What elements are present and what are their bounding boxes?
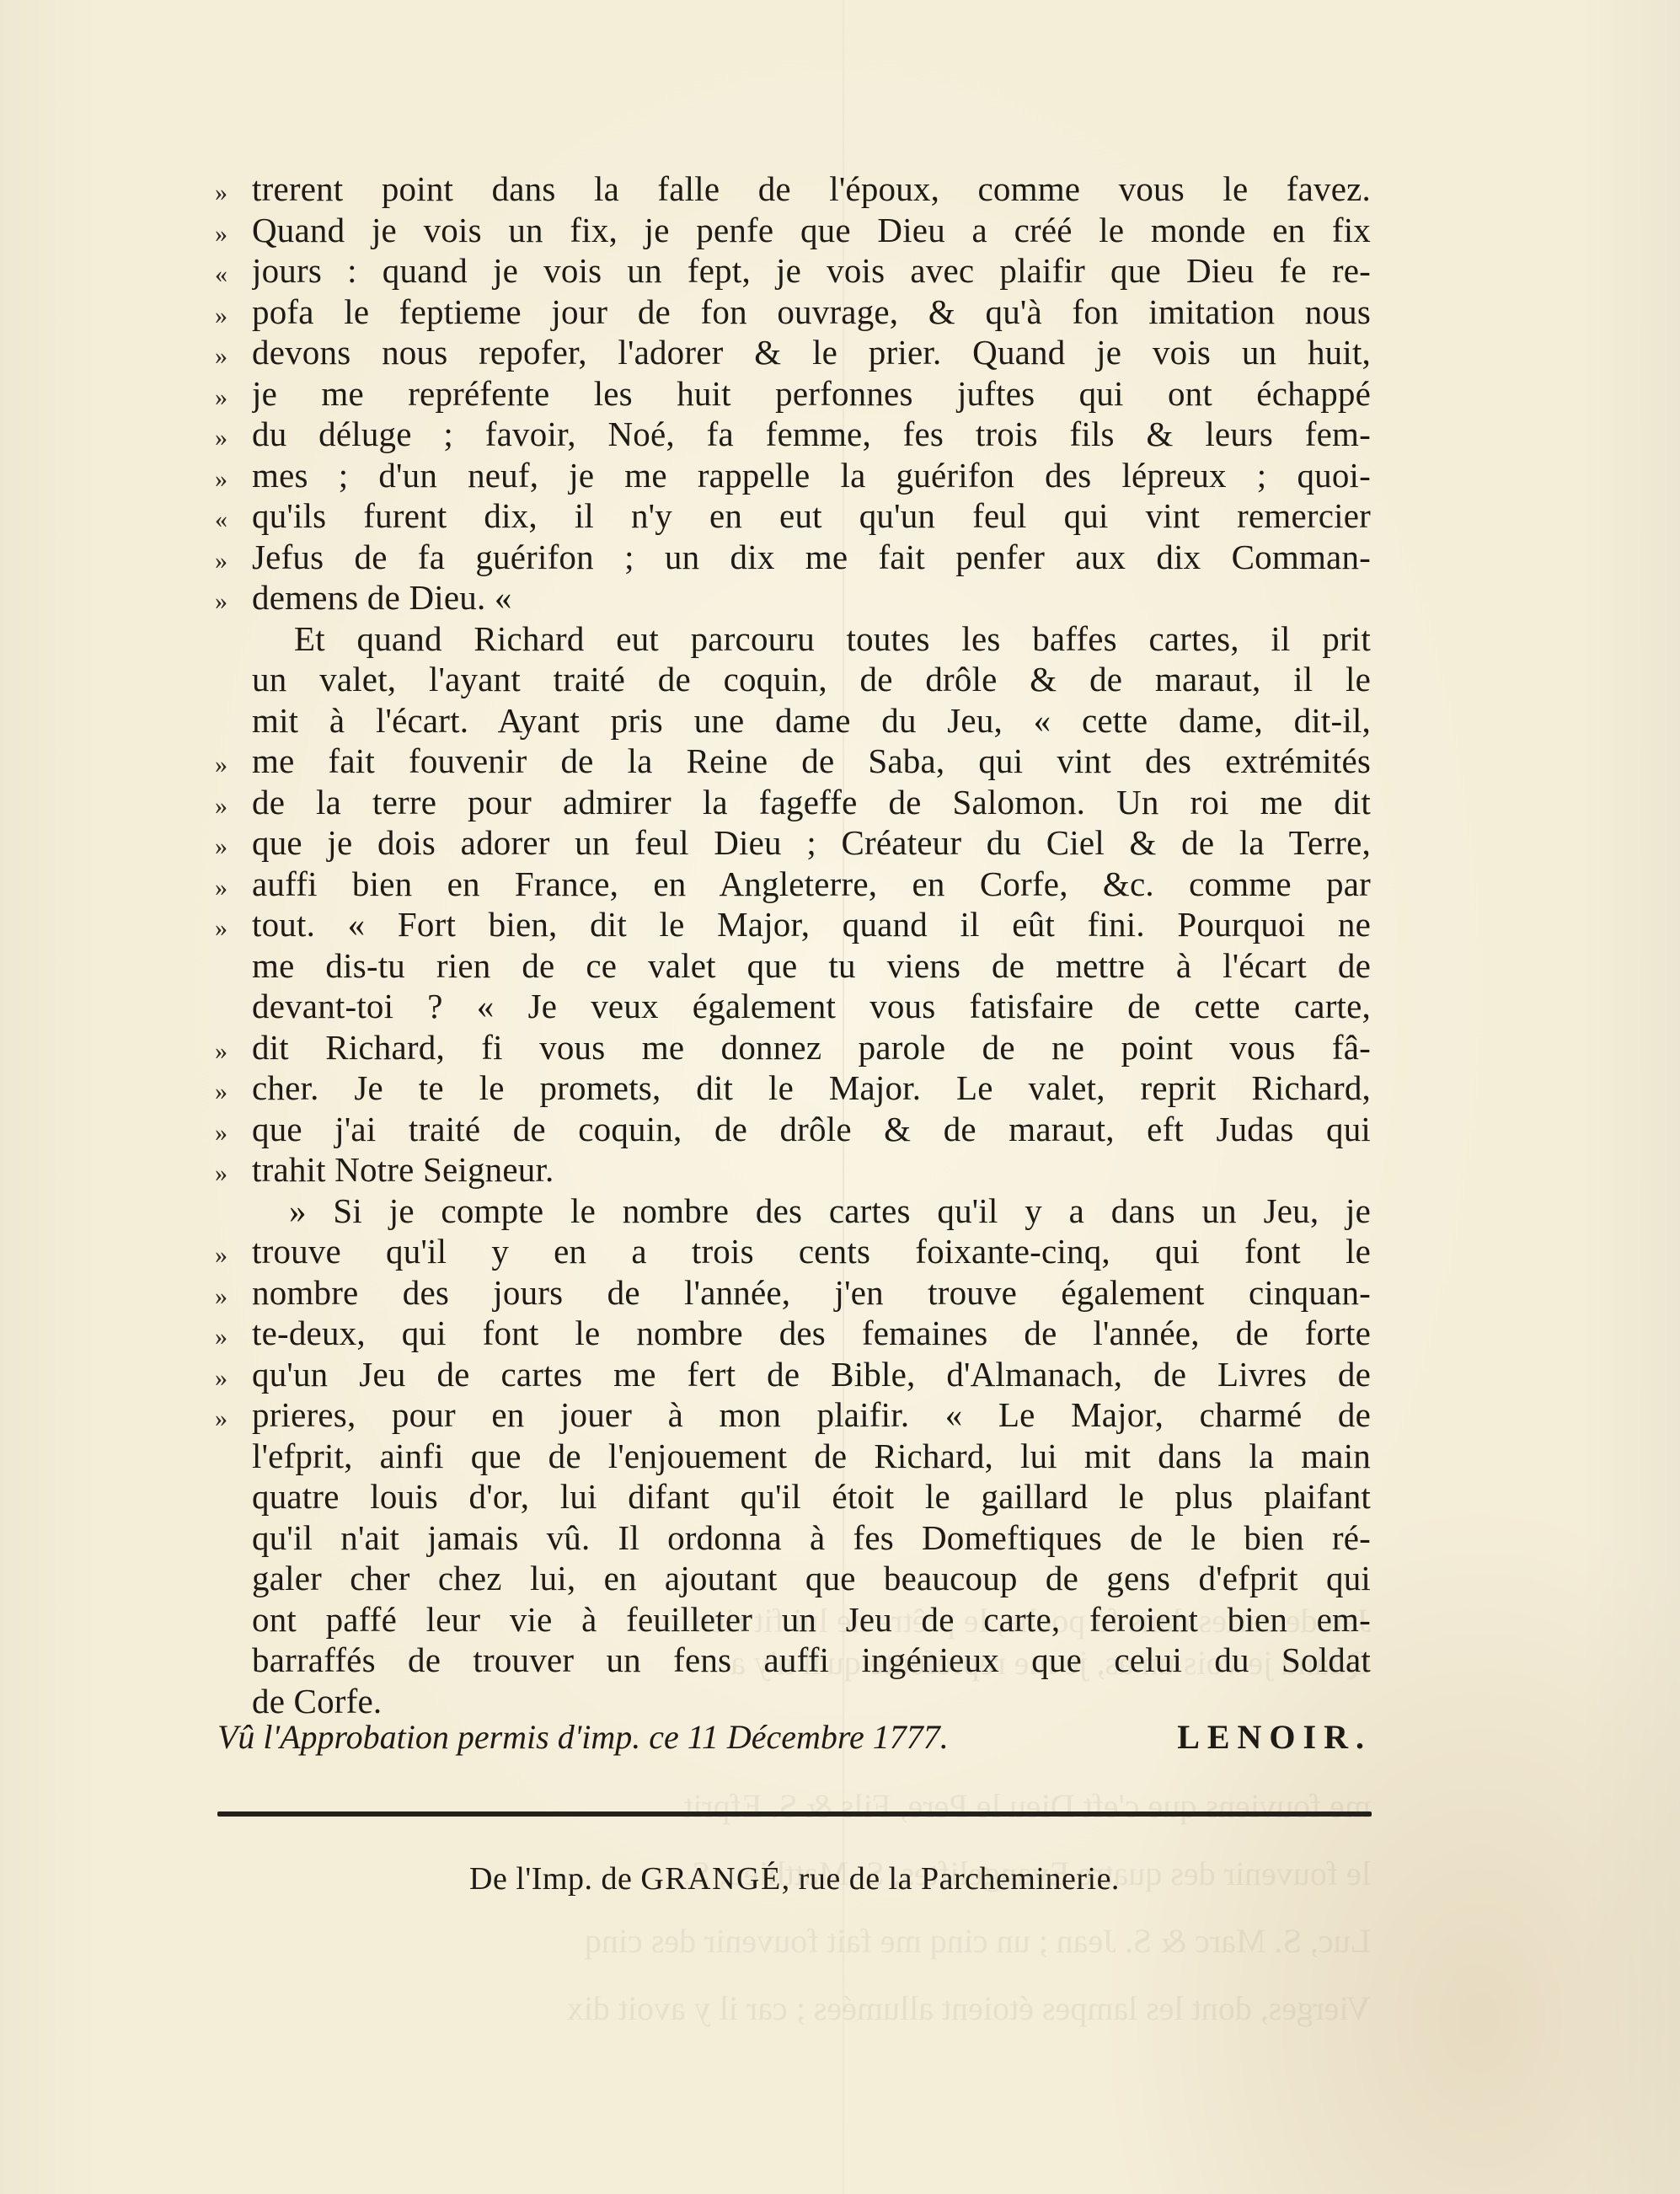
quote-mark: « — [215, 254, 252, 296]
text-line: »qu'un Jeu de cartes me fert de Bible, d… — [215, 1354, 1371, 1395]
line-text: trahit Notre Seigneur. — [252, 1149, 1371, 1191]
line-text: auffi bien en France, en Angleterre, en … — [252, 864, 1371, 905]
line-text: te-deux, qui font le nombre des femaines… — [252, 1313, 1371, 1354]
quote-mark: » — [215, 377, 252, 419]
text-line: »cher. Je te le promets, dit le Major. L… — [215, 1068, 1371, 1109]
text-line: devant-toi ? « Je veux également vous fa… — [215, 986, 1371, 1027]
text-line: un valet, l'ayant traité de coquin, de d… — [215, 659, 1371, 700]
text-line: »Jefus de fa guérifon ; un dix me fait p… — [215, 537, 1371, 578]
text-line: barraffés de trouver un fens auffi ingén… — [215, 1640, 1371, 1681]
text-line: ont paffé leur vie à feuilleter un Jeu d… — [215, 1599, 1371, 1640]
quote-mark: » — [215, 1317, 252, 1358]
quote-mark: » — [215, 296, 252, 337]
text-line: de Corfe. — [215, 1681, 1371, 1722]
quote-mark: » — [215, 1113, 252, 1154]
text-line: quatre louis d'or, lui difant qu'il étoi… — [215, 1476, 1371, 1517]
line-text: mit à l'écart. Ayant pris une dame du Je… — [252, 700, 1371, 741]
quote-mark: » — [215, 908, 252, 950]
printer-imprint: De l'Imp. de GRANGÉ, rue de la Parchemin… — [217, 1860, 1372, 1897]
text-line: »te-deux, qui font le nombre des femaine… — [215, 1313, 1371, 1354]
line-text: que je dois adorer un feul Dieu ; Créate… — [252, 822, 1371, 864]
quote-mark: » — [215, 459, 252, 500]
quote-mark: » — [215, 1358, 252, 1399]
quote-mark: » — [215, 1235, 252, 1276]
line-text: trouve qu'il y en a trois cents foixante… — [252, 1231, 1371, 1272]
text-line: »trahit Notre Seigneur. — [215, 1149, 1371, 1191]
line-text: l'efprit, ainfi que de l'enjouement de R… — [252, 1436, 1371, 1477]
line-text: devant-toi ? « Je veux également vous fa… — [252, 986, 1371, 1027]
line-text: du déluge ; favoir, Noé, fa femme, fes t… — [252, 414, 1371, 455]
line-text: pofa le feptieme jour de fon ouvrage, & … — [252, 292, 1371, 333]
quote-mark: » — [215, 214, 252, 255]
text-line: galer cher chez lui, en ajoutant que bea… — [215, 1558, 1371, 1599]
quote-mark: » — [215, 1153, 252, 1195]
line-text: prieres, pour en jouer à mon plaifir. « … — [252, 1394, 1371, 1436]
line-text: demens de Dieu. « — [252, 577, 1371, 618]
text-line: »auffi bien en France, en Angleterre, en… — [215, 864, 1371, 905]
line-text: dit Richard, fi vous me donnez parole de… — [252, 1027, 1371, 1068]
text-line: «jours : quand je vois un fept, je vois … — [215, 250, 1371, 292]
printer-name: GRANGÉ — [640, 1861, 781, 1897]
quote-mark: » — [215, 786, 252, 827]
line-text: jours : quand je vois un fept, je vois a… — [252, 250, 1371, 292]
quote-mark: » — [215, 1072, 252, 1113]
text-line: » Si je compte le nombre des cartes qu'i… — [215, 1191, 1371, 1232]
text-line: »me fait fouvenir de la Reine de Saba, q… — [215, 741, 1371, 782]
text-line: qu'il n'ait jamais vû. Il ordonna à fes … — [215, 1517, 1371, 1559]
approval-text: Vû l'Approbation permis d'imp. ce 11 Déc… — [217, 1717, 1177, 1757]
text-line: mit à l'écart. Ayant pris une dame du Je… — [215, 700, 1371, 741]
quote-mark: » — [215, 581, 252, 623]
text-line: »nombre des jours de l'année, j'en trouv… — [215, 1272, 1371, 1314]
quote-mark: « — [215, 500, 252, 541]
censor-name: LENOIR. — [1177, 1717, 1372, 1757]
approval-line: Vû l'Approbation permis d'imp. ce 11 Déc… — [217, 1717, 1372, 1757]
line-text: qu'ils furent dix, il n'y en eut qu'un f… — [252, 495, 1371, 537]
quote-mark: » — [215, 541, 252, 582]
line-text: galer cher chez lui, en ajoutant que bea… — [252, 1558, 1371, 1599]
line-text: qu'un Jeu de cartes me fert de Bible, d'… — [252, 1354, 1371, 1395]
line-text: qu'il n'ait jamais vû. Il ordonna à fes … — [252, 1517, 1371, 1559]
line-text: un valet, l'ayant traité de coquin, de d… — [252, 659, 1371, 700]
text-line: »dit Richard, fi vous me donnez parole d… — [215, 1027, 1371, 1068]
text-line: »mes ; d'un neuf, je me rappelle la guér… — [215, 455, 1371, 496]
text-line: Et quand Richard eut parcouru toutes les… — [215, 618, 1371, 660]
text-line: «qu'ils furent dix, il n'y en eut qu'un … — [215, 495, 1371, 537]
line-text: Et quand Richard eut parcouru toutes les… — [252, 618, 1371, 660]
text-line: »du déluge ; favoir, Noé, fa femme, fes … — [215, 414, 1371, 455]
text-line: »je me repréfente les huit perfonnes juf… — [215, 373, 1371, 415]
line-text: barraffés de trouver un fens auffi ingén… — [252, 1640, 1371, 1681]
quote-mark: » — [215, 745, 252, 786]
imprint-suffix: , rue de la Parcheminerie. — [782, 1861, 1120, 1897]
quote-mark: » — [215, 868, 252, 909]
line-text: Quand je vois un fix, je penfe que Dieu … — [252, 210, 1371, 251]
line-text: Jefus de fa guérifon ; un dix me fait pe… — [252, 537, 1371, 578]
line-text: » Si je compte le nombre des cartes qu'i… — [252, 1191, 1371, 1232]
line-text: de la terre pour admirer la fageffe de S… — [252, 782, 1371, 823]
text-line: me dis-tu rien de ce valet que tu viens … — [215, 945, 1371, 987]
text-line: »trerent point dans la falle de l'époux,… — [215, 169, 1371, 210]
line-text: devons nous repofer, l'adorer & le prier… — [252, 332, 1371, 373]
quote-mark: » — [215, 1399, 252, 1440]
quote-mark: » — [215, 336, 252, 377]
quote-mark: » — [215, 827, 252, 868]
quote-mark: » — [215, 1031, 252, 1073]
text-line: »pofa le feptieme jour de fon ouvrage, &… — [215, 292, 1371, 333]
text-line: l'efprit, ainfi que de l'enjouement de R… — [215, 1436, 1371, 1477]
line-text: nombre des jours de l'année, j'en trouve… — [252, 1272, 1371, 1314]
body-text: »trerent point dans la falle de l'époux,… — [215, 169, 1371, 1721]
text-line: »Quand je vois un fix, je penfe que Dieu… — [215, 210, 1371, 251]
text-line: »prieres, pour en jouer à mon plaifir. «… — [215, 1394, 1371, 1436]
horizontal-rule — [217, 1811, 1372, 1817]
quote-mark: » — [215, 418, 252, 459]
text-line: »trouve qu'il y en a trois cents foixant… — [215, 1231, 1371, 1272]
quote-mark: » — [215, 173, 252, 214]
line-text: ont paffé leur vie à feuilleter un Jeu d… — [252, 1599, 1371, 1640]
line-text: cher. Je te le promets, dit le Major. Le… — [252, 1068, 1371, 1109]
line-text: que j'ai traité de coquin, de drôle & de… — [252, 1109, 1371, 1150]
text-line: »tout. « Fort bien, dit le Major, quand … — [215, 904, 1371, 945]
line-text: quatre louis d'or, lui difant qu'il étoi… — [252, 1476, 1371, 1517]
quote-mark: » — [215, 1276, 252, 1318]
line-text: de Corfe. — [252, 1681, 1371, 1722]
line-text: tout. « Fort bien, dit le Major, quand i… — [252, 904, 1371, 945]
text-line: »que j'ai traité de coquin, de drôle & d… — [215, 1109, 1371, 1150]
line-text: mes ; d'un neuf, je me rappelle la guéri… — [252, 455, 1371, 496]
line-text: je me repréfente les huit perfonnes juft… — [252, 373, 1371, 415]
text-line: »devons nous repofer, l'adorer & le prie… — [215, 332, 1371, 373]
text-line: »que je dois adorer un feul Dieu ; Créat… — [215, 822, 1371, 864]
line-text: me fait fouvenir de la Reine de Saba, qu… — [252, 741, 1371, 782]
text-line: »de la terre pour admirer la fageffe de … — [215, 782, 1371, 823]
line-text: me dis-tu rien de ce valet que tu viens … — [252, 945, 1371, 987]
imprint-prefix: De l'Imp. de — [469, 1861, 632, 1897]
text-line: »demens de Dieu. « — [215, 577, 1371, 618]
line-text: trerent point dans la falle de l'époux, … — [252, 169, 1371, 210]
